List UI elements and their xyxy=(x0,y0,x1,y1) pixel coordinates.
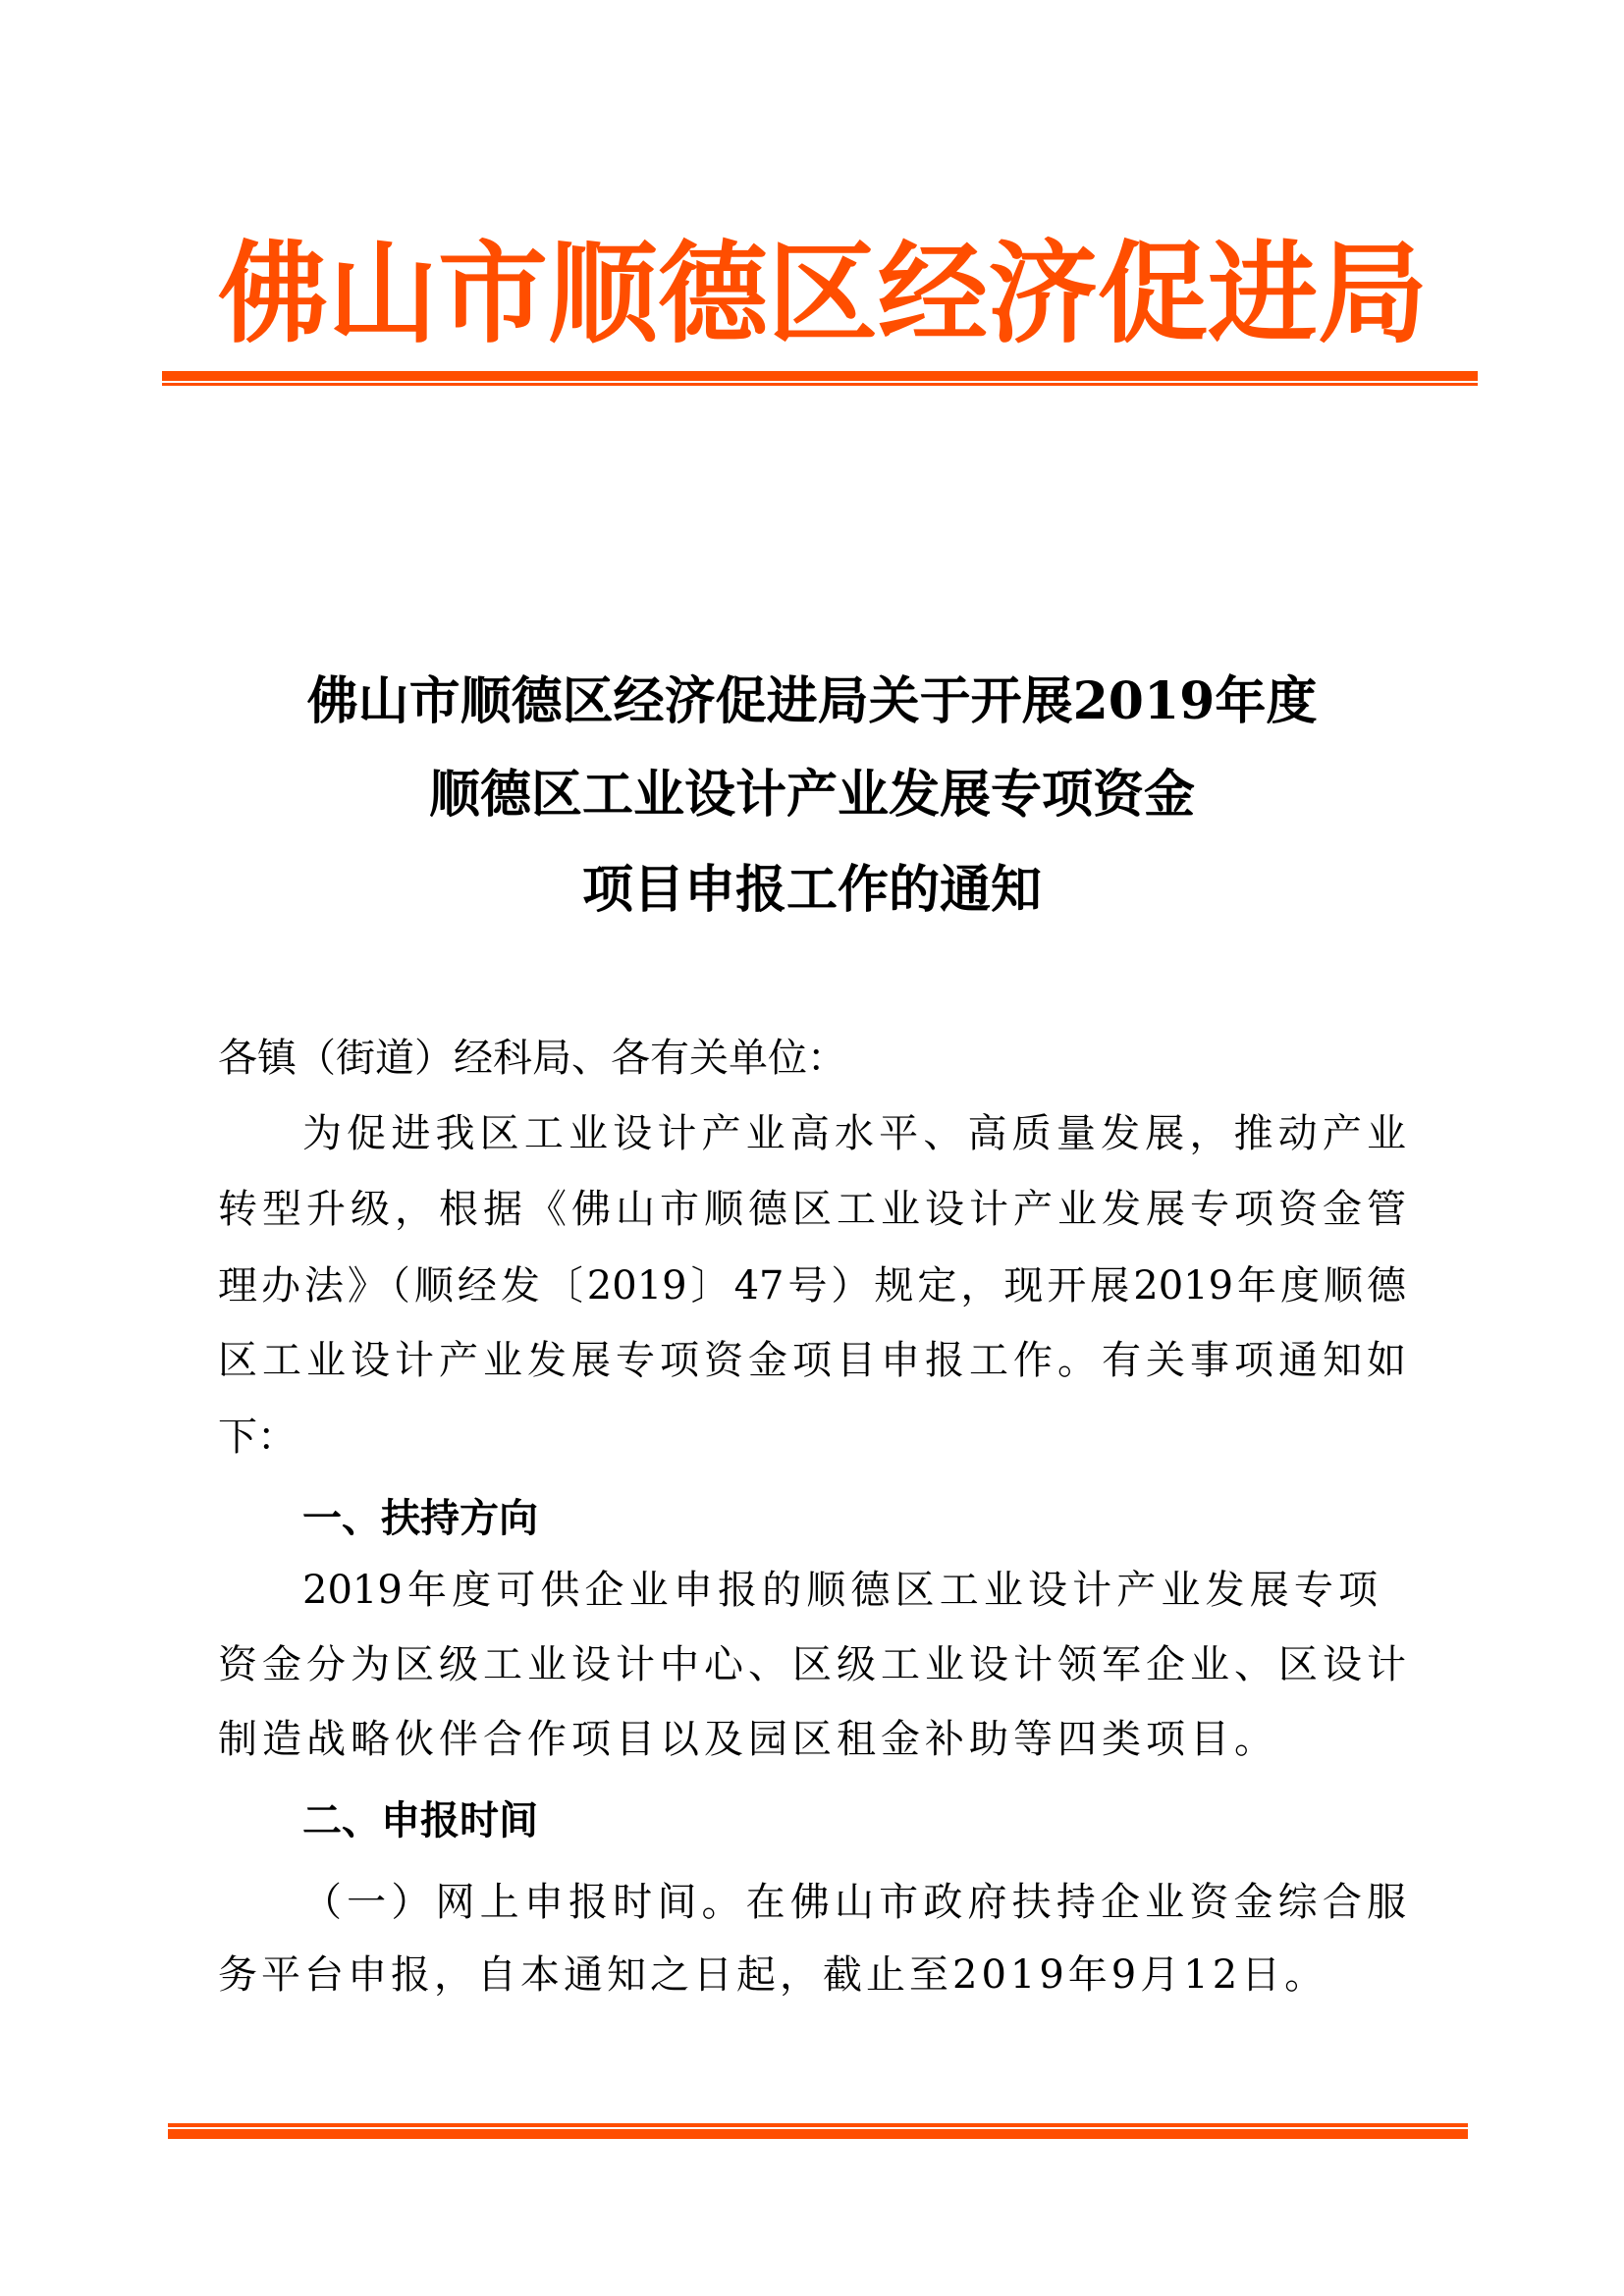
footer-rule-thick xyxy=(168,2129,1468,2139)
document-title-line-3: 项目申报工作的通知 xyxy=(0,860,1624,921)
intro-line-2: 转型升级，根据《佛山市顺德区工业设计产业发展专项资金管 xyxy=(218,1186,1406,1233)
section-2-line-1: （一）网上申报时间。在佛山市政府扶持企业资金综合服 xyxy=(302,1879,1406,1926)
document-page: 佛山市顺德区经济促进局 佛山市顺德区经济促进局关于开展2019年度 顺德区工业设… xyxy=(0,0,1624,2296)
masthead-org-name: 佛山市顺德区经济促进局 xyxy=(218,232,1410,359)
intro-line-5: 下： xyxy=(218,1414,1406,1461)
document-title-line-2: 顺德区工业设计产业发展专项资金 xyxy=(0,765,1624,826)
section-1-line-2: 资金分为区级工业设计中心、区级工业设计领军企业、区设计 xyxy=(218,1641,1406,1688)
section-1-line-3: 制造战略伙伴合作项目以及园区租金补助等四类项目。 xyxy=(218,1716,1406,1763)
masthead-rule-thick xyxy=(162,371,1478,381)
intro-line-3: 理办法》（顺经发〔2019〕47号）规定，现开展2019年度顺德 xyxy=(218,1262,1406,1309)
section-1-line-1: 2019年度可供企业申报的顺德区工业设计产业发展专项 xyxy=(302,1567,1378,1614)
intro-line-1: 为促进我区工业设计产业高水平、高质量发展，推动产业 xyxy=(302,1110,1406,1157)
section-2-heading: 二、申报时间 xyxy=(302,1797,1406,1844)
masthead-rule-thin xyxy=(162,383,1478,386)
section-1-heading: 一、扶持方向 xyxy=(302,1495,1406,1542)
intro-line-4: 区工业设计产业发展专项资金项目申报工作。有关事项通知如 xyxy=(218,1337,1406,1384)
section-2-line-2: 务平台申报，自本通知之日起，截止至2019年9月12日。 xyxy=(218,1951,1406,1999)
footer-rule-thin xyxy=(168,2123,1468,2127)
salutation: 各镇（街道）经科局、各有关单位： xyxy=(218,1035,1406,1082)
document-title-line-1: 佛山市顺德区经济促进局关于开展2019年度 xyxy=(0,671,1624,732)
